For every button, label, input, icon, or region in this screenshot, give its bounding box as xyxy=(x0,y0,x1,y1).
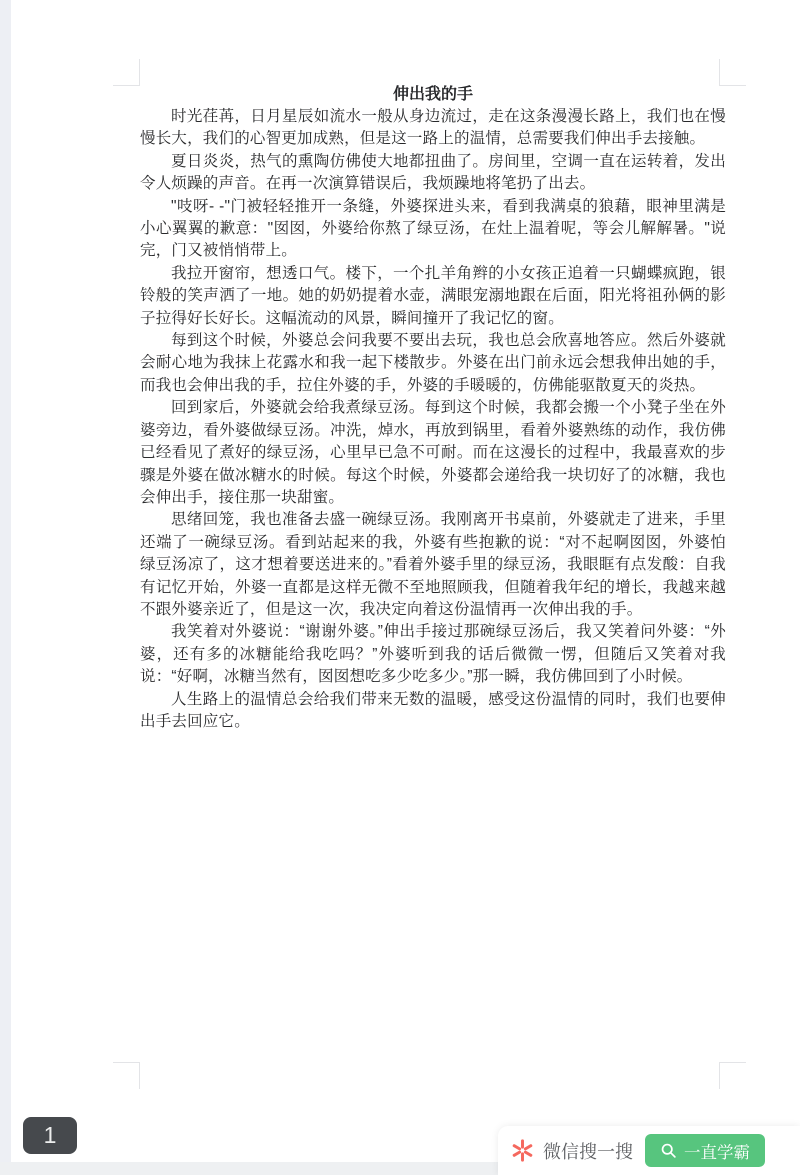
magnifier-icon xyxy=(660,1142,677,1159)
wechat-search-label: 微信搜一搜 xyxy=(543,1138,633,1164)
essay-paragraph: 我笑着对外婆说：“谢谢外婆。”伸出手接过那碗绿豆汤后，我又笑着问外婆：“外婆，还… xyxy=(140,621,726,688)
essay-paragraph: 每到这个时候，外婆总会问我要不要出去玩，我也总会欣喜地答应。然后外婆就会耐心地为… xyxy=(140,330,726,397)
essay-body: 时光荏苒，日月星辰如流水一般从身边流过，走在这条漫漫长路上，我们也在慢慢长大，我… xyxy=(140,106,726,733)
essay-paragraph: 思绪回笼，我也准备去盛一碗绿豆汤。我刚离开书桌前，外婆就走了进来，手里还端了一碗… xyxy=(140,509,726,621)
margin-crop-mark-top-right xyxy=(719,59,746,86)
document-page-content: 伸出我的手 时光荏苒，日月星辰如流水一般从身边流过，走在这条漫漫长路上，我们也在… xyxy=(140,84,726,733)
wechat-search-spark-icon xyxy=(511,1139,534,1162)
margin-crop-mark-bottom-left xyxy=(113,1062,140,1089)
page-number-badge: 1 xyxy=(23,1117,77,1154)
essay-paragraph: 人生路上的温情总会给我们带来无数的温暖，感受这份温情的同时，我们也要伸出手去回应… xyxy=(140,689,726,734)
page-number: 1 xyxy=(44,1122,57,1149)
search-keyword-button[interactable]: 一直学霸 xyxy=(645,1134,765,1167)
essay-paragraph: 我拉开窗帘，想透口气。楼下，一个扎羊角辫的小女孩正追着一只蝴蝶疯跑，银铃般的笑声… xyxy=(140,263,726,330)
essay-paragraph: 时光荏苒，日月星辰如流水一般从身边流过，走在这条漫漫长路上，我们也在慢慢长大，我… xyxy=(140,106,726,151)
wechat-search-widget[interactable]: 微信搜一搜 一直学霸 xyxy=(498,1126,800,1175)
essay-paragraph: 回到家后，外婆就会给我煮绿豆汤。每到这个时候，我都会搬一个小凳子坐在外婆旁边，看… xyxy=(140,397,726,509)
left-gutter xyxy=(0,0,11,1162)
essay-title: 伸出我的手 xyxy=(140,84,726,106)
essay-paragraph: 夏日炎炎，热气的熏陶仿佛使大地都扭曲了。房间里，空调一直在运转着，发出令人烦躁的… xyxy=(140,151,726,196)
margin-crop-mark-top-left xyxy=(113,59,140,86)
essay-paragraph: "吱呀- -"门被轻轻推开一条缝，外婆探进头来，看到我满桌的狼藉，眼神里满是小心… xyxy=(140,196,726,263)
margin-crop-mark-bottom-right xyxy=(719,1062,746,1089)
search-keyword-label: 一直学霸 xyxy=(684,1139,750,1163)
